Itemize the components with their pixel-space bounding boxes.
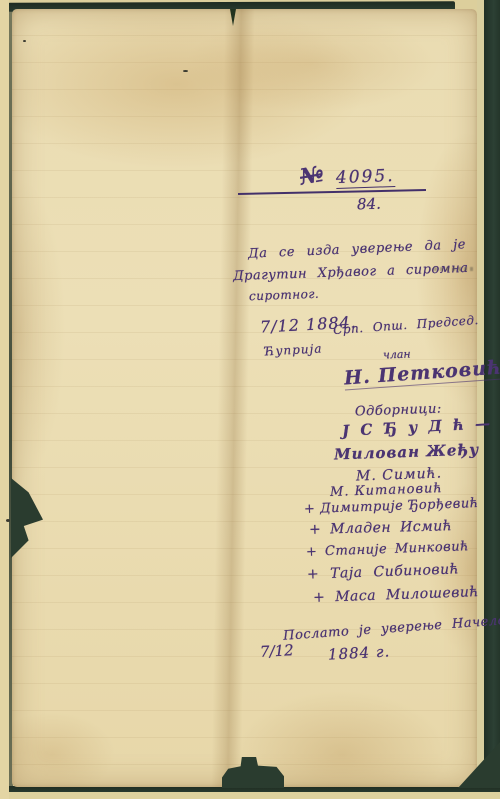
ink-speck	[183, 70, 188, 72]
ink-speck	[23, 40, 26, 42]
closing-date: 7/12	[260, 641, 295, 661]
cover-right-edge	[484, 0, 500, 789]
member-label: члан	[383, 348, 411, 362]
document-number-symbol: №	[298, 161, 324, 190]
document-number: 4095.	[336, 166, 395, 189]
page-edge-bottom	[0, 792, 500, 799]
closing-year: 1884 г.	[328, 642, 391, 663]
page-edge-left	[0, 0, 9, 799]
ink-speck	[6, 519, 10, 522]
page-edge-right	[477, 0, 484, 789]
scanned-archive-page: { "document": { "type": "handwritten arc…	[0, 0, 500, 799]
document-year-short: 84.	[357, 195, 381, 214]
body-line-3: сиротног.	[249, 287, 320, 303]
faint-stamp-mark	[434, 267, 476, 271]
